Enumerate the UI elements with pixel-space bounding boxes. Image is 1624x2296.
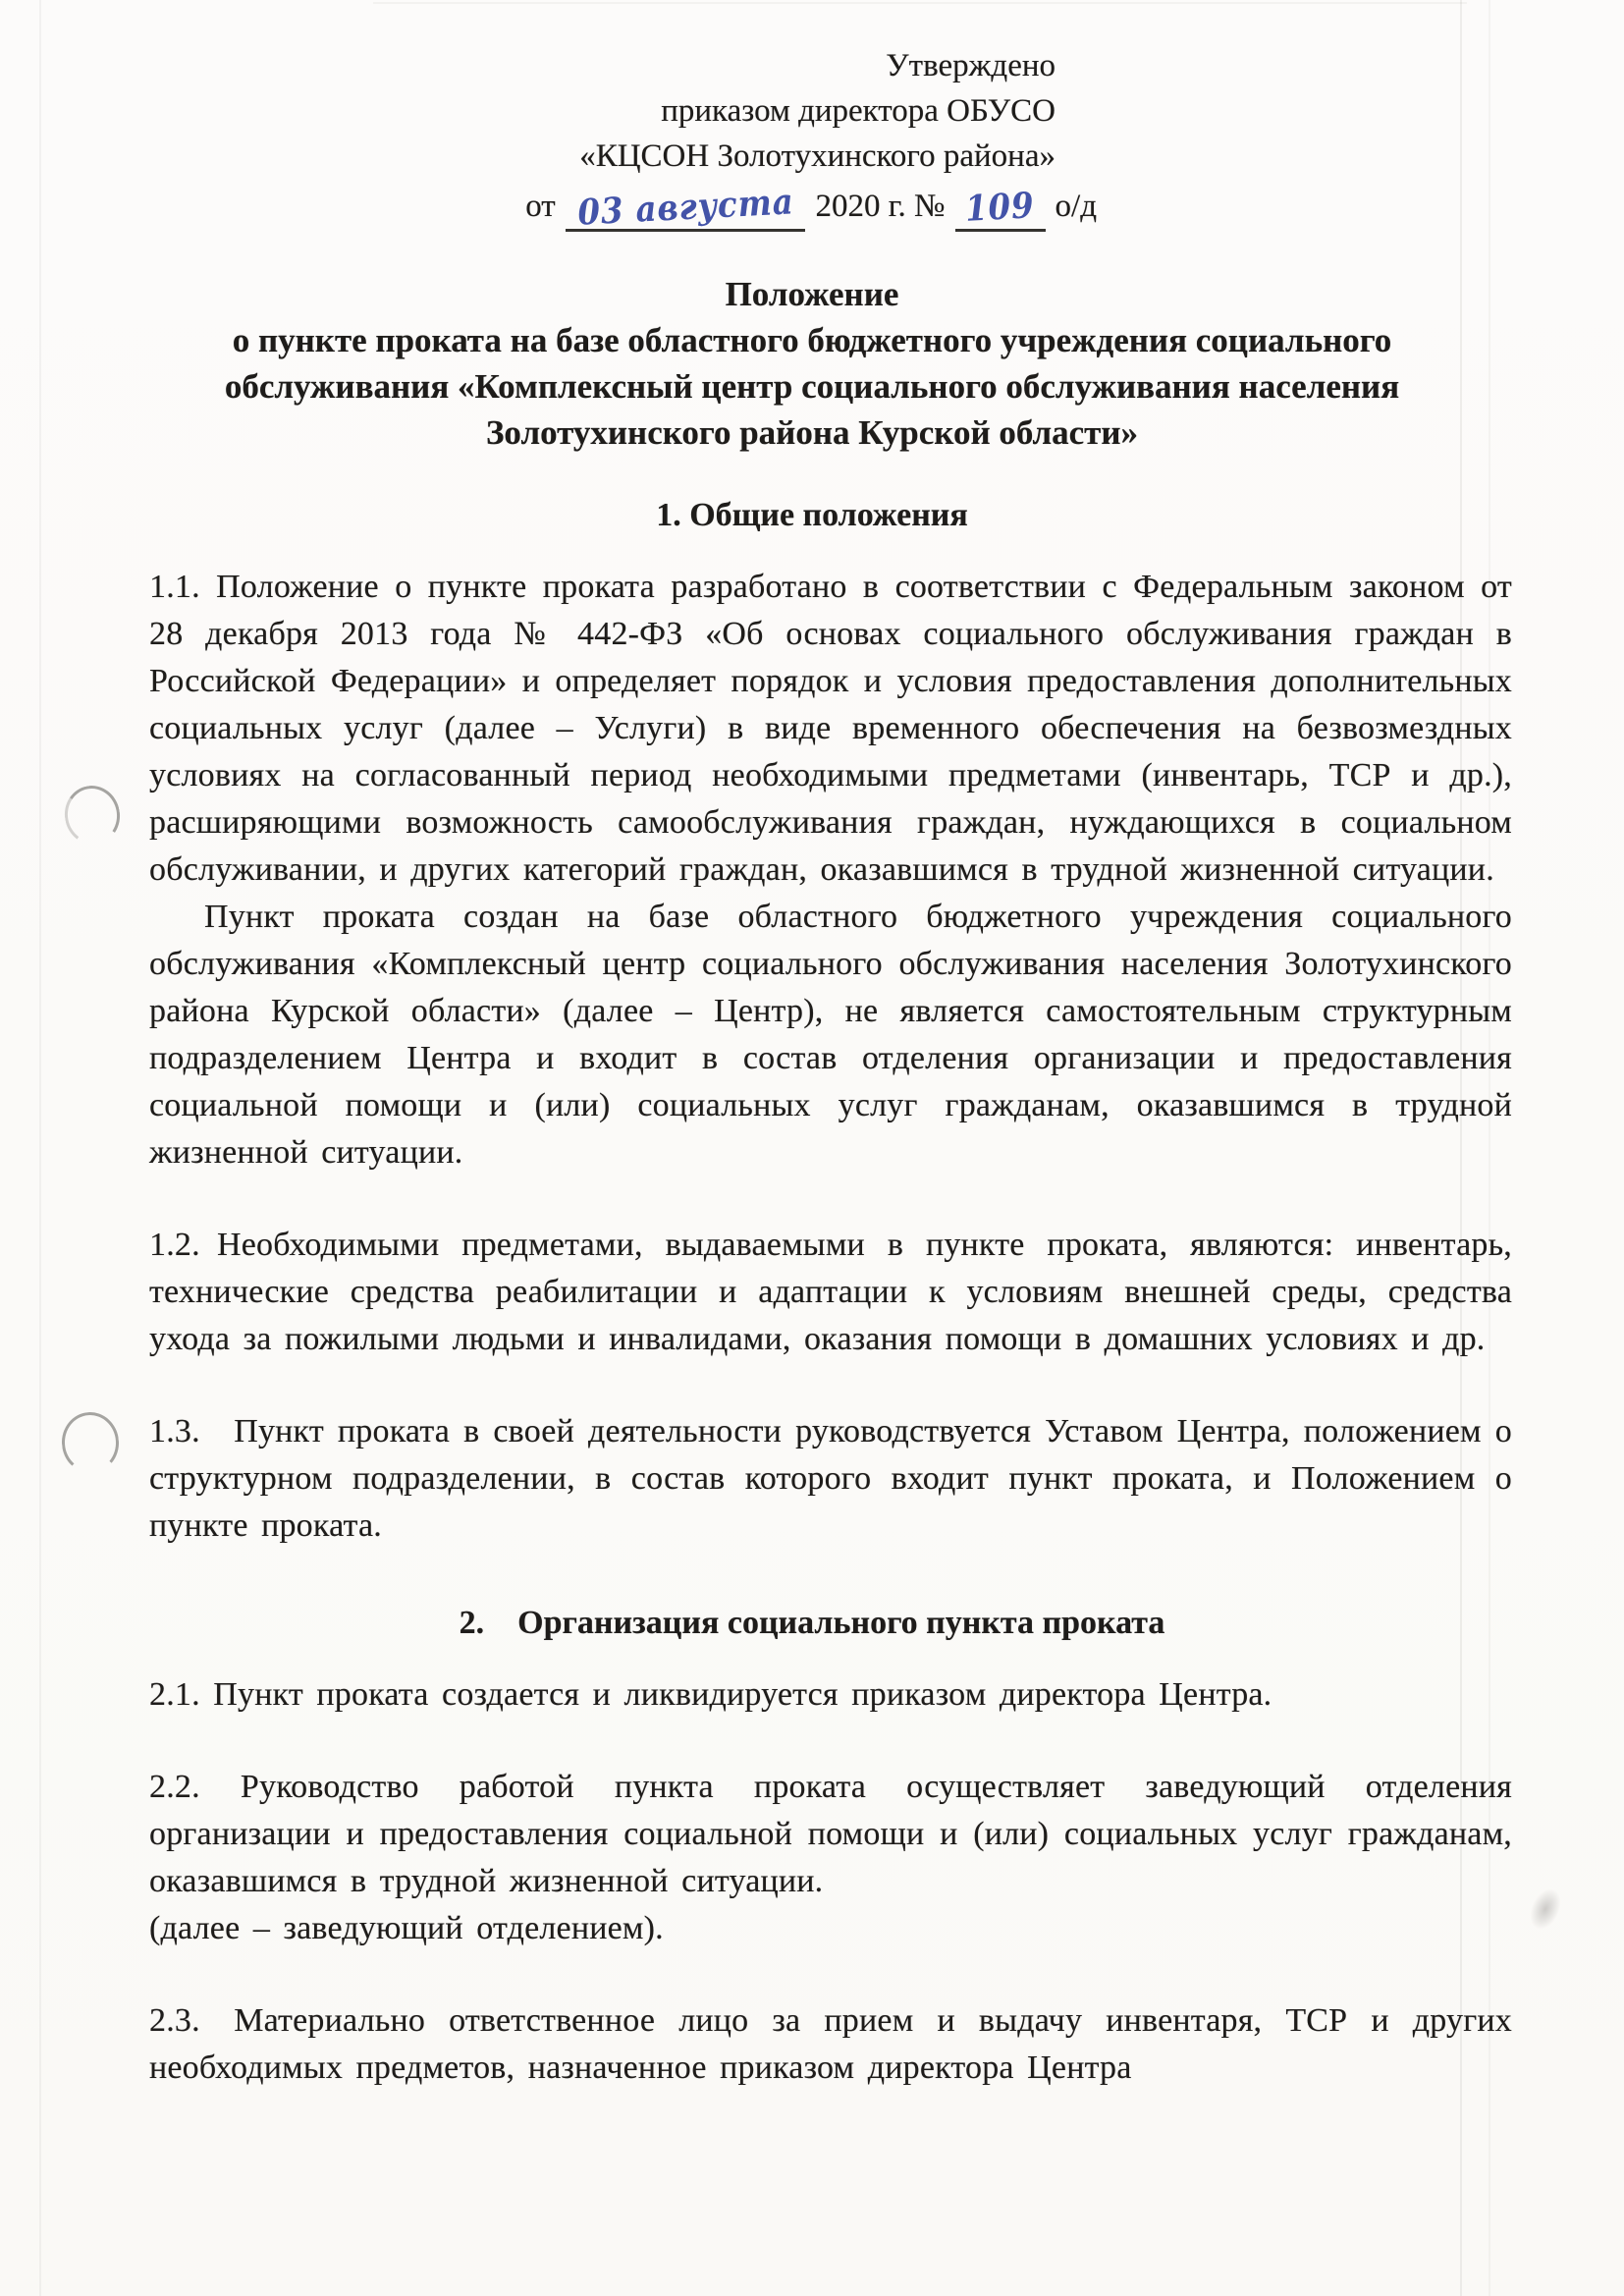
section-2-body: 2.1. Пункт проката создается и ликвидиру… <box>149 1671 1512 2092</box>
paragraph-2-2: 2.2. Руководство работой пункта проката … <box>149 1764 1512 1905</box>
hole-punch-mark-top <box>60 782 125 849</box>
handwritten-date: 03 августа <box>576 179 794 235</box>
paragraph-1-2: 1.2. Необходимыми предметами, выдаваемым… <box>149 1222 1512 1363</box>
hole-punch-mark-bottom <box>60 1410 121 1475</box>
paragraph-1-1: 1.1. Положение о пункте проката разработ… <box>149 564 1512 894</box>
document-title-word: Положение <box>726 275 899 313</box>
paragraph-1-1-continued: Пункт проката создан на базе областного … <box>149 894 1512 1176</box>
paragraph-2-2-continued: (далее – заведующий отделением). <box>149 1905 1512 1952</box>
scan-edge-line-right-1 <box>1460 0 1462 2296</box>
year-and-number-label: 2020 г. № <box>815 189 945 224</box>
approval-line-2: приказом директора ОБУСО <box>427 88 1056 134</box>
approval-line-1: Утверждено <box>427 43 1056 88</box>
ink-smudge <box>1524 1884 1566 1935</box>
paragraph-1-3: 1.3. Пункт проката в своей деятельности … <box>149 1408 1512 1550</box>
approval-date-line: от03 августа2020 г. №109о/д <box>427 182 1101 232</box>
document-title: Положение о пункте проката на базе облас… <box>159 271 1465 456</box>
number-suffix-label: о/д <box>1056 189 1097 224</box>
section-1-heading: 1. Общие положения <box>0 493 1624 538</box>
section-1-body: 1.1. Положение о пункте проката разработ… <box>149 564 1512 1550</box>
approval-block: Утверждено приказом директора ОБУСО «КЦС… <box>427 43 1056 232</box>
approval-line-3: «КЦСОН Золотухинского района» <box>427 134 1056 179</box>
paragraph-2-3: 2.3. Материально ответственное лицо за п… <box>149 1997 1512 2092</box>
scanned-document-page: Утверждено приказом директора ОБУСО «КЦС… <box>0 0 1624 2296</box>
scan-edge-line-top <box>373 2 1467 4</box>
handwritten-number: 109 <box>964 183 1036 232</box>
date-prefix-label: от <box>525 189 556 224</box>
scan-edge-line-left <box>39 0 41 2296</box>
section-2-heading: 2. Организация социального пункта прокат… <box>0 1601 1624 1646</box>
scan-edge-line-right-2 <box>1489 0 1490 2296</box>
paragraph-2-1: 2.1. Пункт проката создается и ликвидиру… <box>149 1671 1512 1719</box>
date-underline: 03 августа <box>566 182 806 232</box>
document-title-subject: о пункте проката на базе областного бюдж… <box>225 321 1399 452</box>
number-underline: 109 <box>955 182 1046 232</box>
